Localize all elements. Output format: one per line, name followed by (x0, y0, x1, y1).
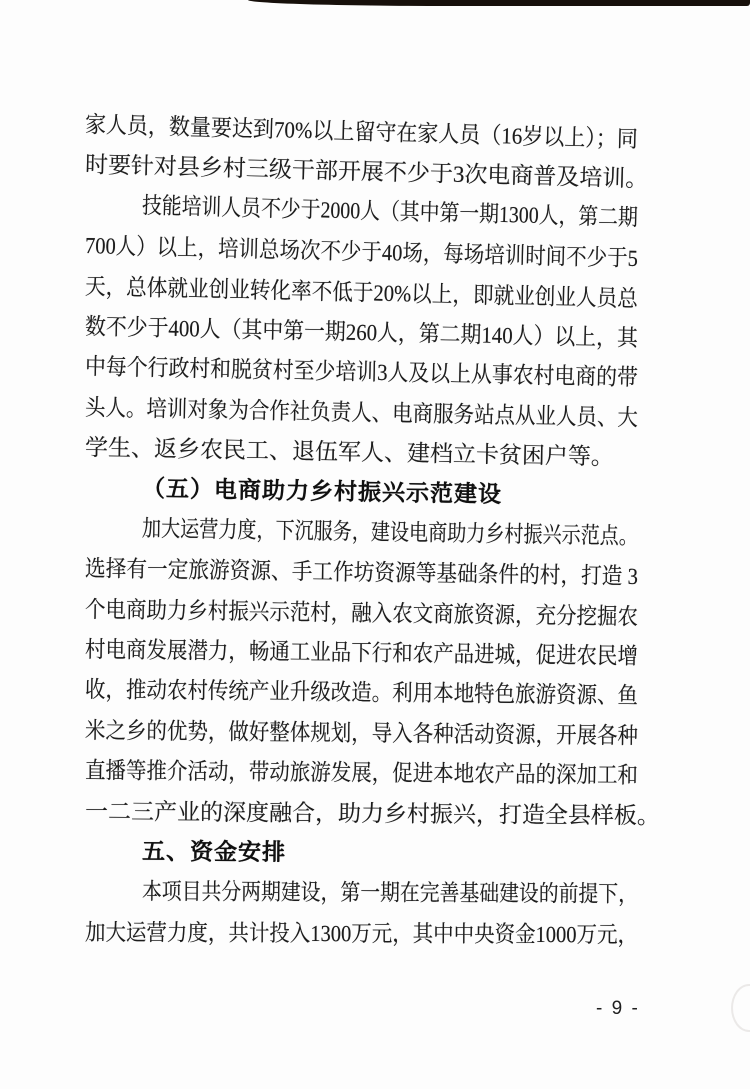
section-heading-text: 五、资金安排 (142, 832, 286, 873)
text-line: 收，推动农村传统产业升级改造。利用本地特色旅游资源、鱼 (85, 670, 638, 710)
text-line: 直播等推介活动，带动旅游发展，促进本地农产品的深加工和 (85, 751, 638, 791)
page-number: - 9 - (596, 998, 640, 1020)
text-line: 家人员，数量要达到70%以上留守在家人员（16岁以上）；同 (85, 105, 638, 145)
text-line-content: 直播等推介活动，带动旅游发展，促进本地农产品的深加工和 (85, 751, 638, 796)
text-line-content: 本项目共分两期建设，第一期在完善基础建设的前提下， (142, 872, 638, 915)
text-line: 一二三产业的深度融合，助力乡村振兴，打造全县样板。 (85, 792, 638, 832)
section-heading: 五、资金安排 (85, 832, 638, 872)
scan-artifact-hole (731, 984, 750, 1032)
text-line: 加大运营力度，下沉服务，建设电商助力乡村振兴示范点。 (85, 509, 638, 549)
document-body: 家人员，数量要达到70%以上留守在家人员（16岁以上）；同 时要针对县乡村三级干… (85, 105, 638, 953)
text-line: 个电商助力乡村振兴示范村，融入农文商旅资源，充分挖掘农 (85, 590, 638, 630)
text-line-content: 加大运营力度，共计投入1300万元，其中中央资金1000万元， (85, 913, 638, 956)
text-line-content: 一二三产业的深度融合，助力乡村振兴，打造全县样板。 (85, 792, 660, 837)
text-line-content: 加大运营力度，下沉服务，建设电商助力乡村振兴示范点。 (142, 509, 639, 557)
text-line: 加大运营力度，共计投入1300万元，其中中央资金1000万元， (85, 913, 638, 953)
text-line: 村电商发展潜力，畅通工业品下行和农产品进城，促进农民增 (85, 630, 638, 670)
text-line: 本项目共分两期建设，第一期在完善基础建设的前提下， (85, 872, 638, 912)
text-line: 米之乡的优势，做好整体规划，导入各种活动资源，开展各种 (85, 711, 638, 751)
text-line-content: 收，推动农村传统产业升级改造。利用本地特色旅游资源、鱼 (85, 670, 638, 717)
scan-artifact-top-edge (248, 0, 750, 6)
section-heading-text: （五）电商助力乡村振兴示范建设 (142, 469, 503, 515)
text-line-content: 米之乡的优势，做好整体规划，导入各种活动资源，开展各种 (85, 711, 638, 757)
text-line: 选择有一定旅游资源、手工作坊资源等基础条件的村，打造 3 (85, 549, 638, 589)
scanned-document-page: 家人员，数量要达到70%以上留守在家人员（16岁以上）；同 时要针对县乡村三级干… (0, 0, 750, 1089)
